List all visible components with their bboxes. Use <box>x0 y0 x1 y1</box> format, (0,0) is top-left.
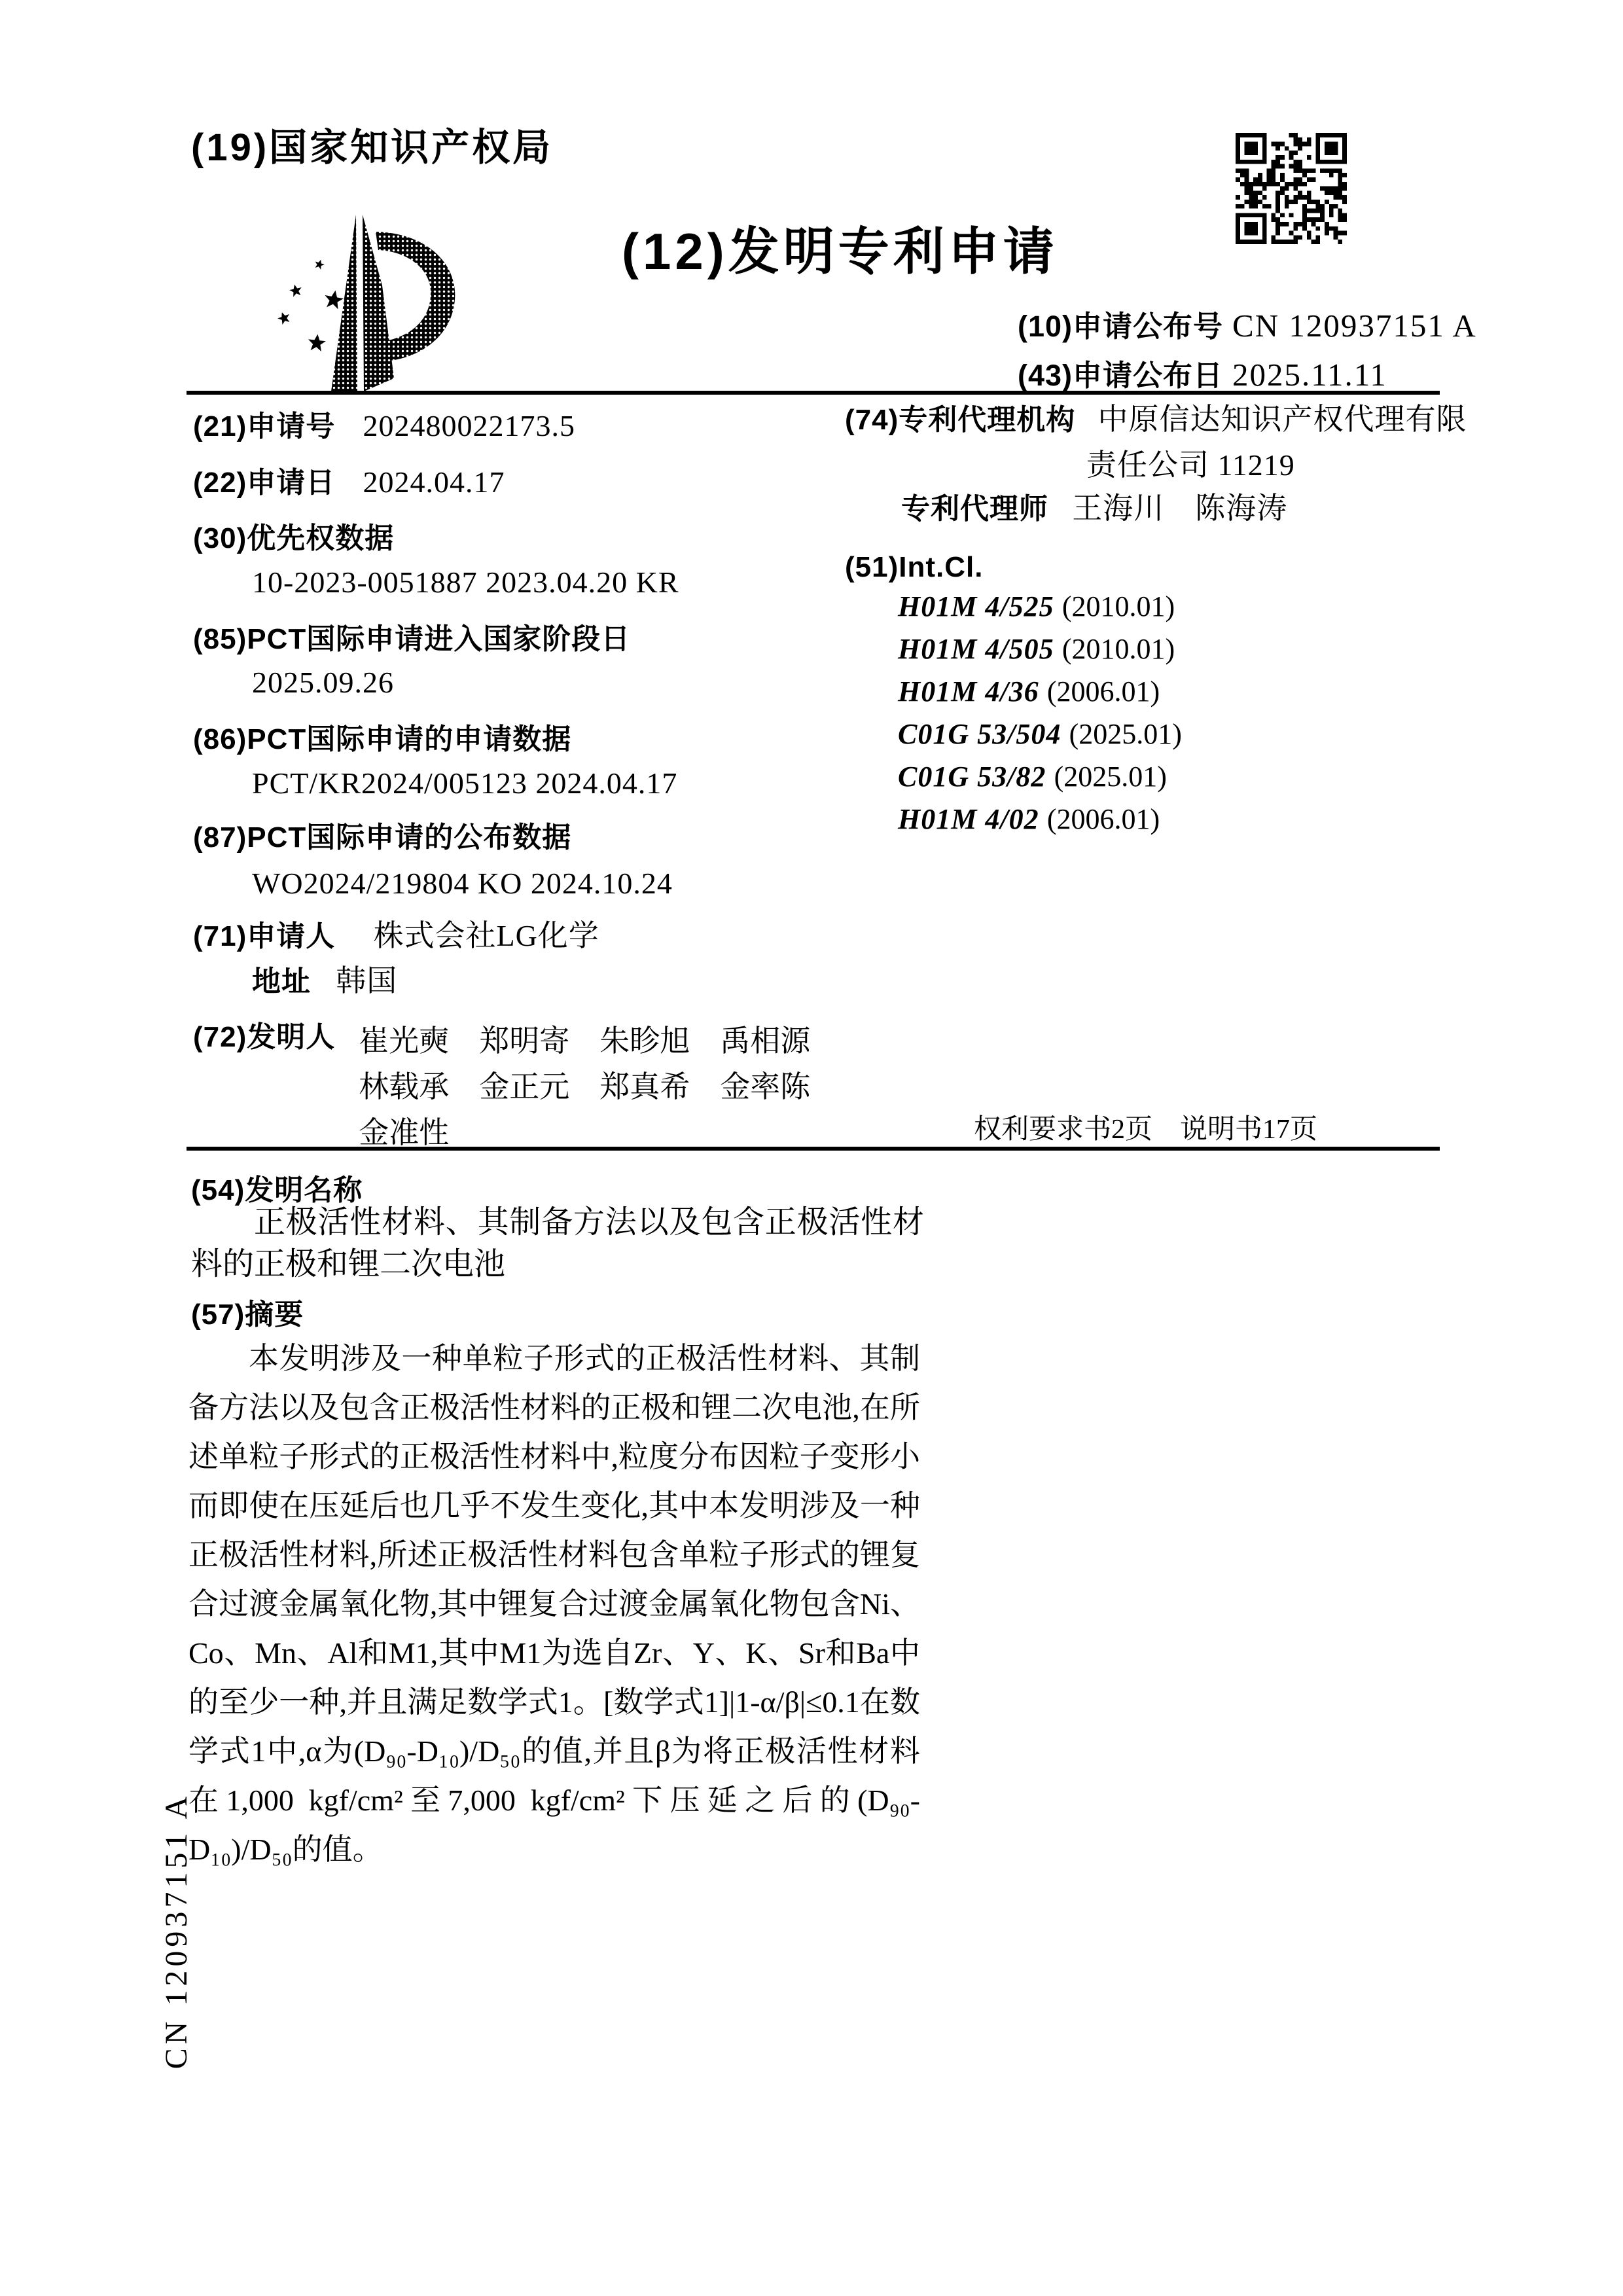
logo-star-1 <box>313 259 326 270</box>
patent-agent-row: 专利代理师 王海川 陈海涛 <box>901 490 1287 528</box>
cnipa-logo-graphic <box>254 207 470 403</box>
intcl-code: H01M 4/505 <box>898 633 1054 665</box>
pct-publication-data-value-row: WO2024/219804 KO 2024.10.24 <box>252 865 673 903</box>
patent-agency-label: (74)专利代理机构 <box>845 404 1075 436</box>
patent-office-name: (19)国家知识产权局 <box>191 117 553 171</box>
document-type-title: (12)发明专利申请 <box>622 211 1058 284</box>
patent-agency-name-line1: 中原信达知识产权代理有限 <box>1097 403 1467 436</box>
intcl-code: H01M 4/02 <box>898 803 1039 835</box>
applicant-value: 株式会社LG化学 <box>373 919 599 952</box>
priority-data-value: 10-2023-0051887 2023.04.20 KR <box>252 565 679 599</box>
publication-number-label: (10)申请公布号 <box>1018 310 1223 343</box>
address-value: 韩国 <box>336 964 397 997</box>
application-date-label: (22)申请日 <box>193 467 335 499</box>
address-row: 地址 韩国 <box>252 962 397 1001</box>
application-number-label: (21)申请号 <box>193 410 335 442</box>
body-divider-rule <box>187 1147 1440 1151</box>
intcl-label-row: (51)Int.Cl. <box>845 548 983 586</box>
application-date-row: (22)申请日 2024.04.17 <box>193 463 505 502</box>
pct-national-entry-date: 2025.09.26 <box>252 666 394 699</box>
inventors-label: (72)发明人 <box>193 1018 335 1056</box>
patent-agency-name-line2: 责任公司 11219 <box>1086 448 1295 482</box>
pct-application-data-value-row: PCT/KR2024/005123 2024.04.17 <box>252 764 677 803</box>
pct-application-data-value: PCT/KR2024/005123 2024.04.17 <box>252 766 677 800</box>
cnipa-logo <box>254 207 470 403</box>
intcl-code: H01M 4/525 <box>898 590 1054 622</box>
patent-agent-label: 专利代理师 <box>901 493 1048 525</box>
abstract-text: 本发明涉及一种单粒子形式的正极活性材料、其制备方法以及包含正极活性材料的正极和锂… <box>188 1334 920 1874</box>
pct-national-entry-date-row: 2025.09.26 <box>252 664 394 702</box>
priority-data-label: (30)优先权数据 <box>193 522 394 554</box>
patent-agency-line2-row: 责任公司 11219 <box>1086 446 1295 485</box>
logo-star-2 <box>289 283 303 298</box>
intcl-code: C01G 53/504 <box>898 718 1061 750</box>
intcl-code: C01G 53/82 <box>898 761 1046 793</box>
application-number-row: (21)申请号 202480022173.5 <box>193 407 575 446</box>
intcl-code: H01M 4/36 <box>898 675 1039 708</box>
pages-info: 权利要求书2页 说明书17页 <box>974 1107 1317 1147</box>
intcl-version: (2010.01) <box>1062 633 1175 665</box>
invention-title: 正极活性材料、其制备方法以及包含正极活性材料的正极和锂二次电池 <box>191 1202 924 1285</box>
inventors-row: (72)发明人 崔光奭 郑明寄 朱眕旭 禹相源 林载承 金正元 郑真希 金率陈 … <box>193 1018 810 1156</box>
patent-agency-row: (74)专利代理机构 中原信达知识产权代理有限 <box>845 401 1467 439</box>
intcl-version: (2025.01) <box>1069 718 1182 750</box>
abstract-label: (57)摘要 <box>191 1291 304 1333</box>
publication-date-label: (43)申请公布日 <box>1018 359 1223 392</box>
intcl-entry: H01M 4/36 (2006.01) <box>898 675 1160 708</box>
logo-star-3 <box>323 289 344 310</box>
intcl-version: (2025.01) <box>1054 761 1167 793</box>
priority-data-value-row: 10-2023-0051887 2023.04.20 KR <box>252 564 679 602</box>
publication-date-value: 2025.11.11 <box>1232 357 1387 393</box>
intcl-entry: C01G 53/82 (2025.01) <box>898 760 1167 793</box>
logo-star-4 <box>276 310 292 325</box>
intcl-version: (2010.01) <box>1062 590 1175 622</box>
pct-national-entry-label: (85)PCT国际申请进入国家阶段日 <box>193 623 630 655</box>
publication-number-value: CN 120937151 A <box>1232 308 1477 344</box>
header-divider-rule <box>187 391 1440 395</box>
application-number-value: 202480022173.5 <box>363 409 575 442</box>
logo-star-5 <box>307 333 327 351</box>
logo-p-bowl <box>376 232 455 361</box>
pct-application-data-label-row: (86)PCT国际申请的申请数据 <box>193 721 571 759</box>
inventors-line-2: 林载承 金正元 郑真希 金率陈 <box>359 1064 810 1110</box>
publication-date-row: (43)申请公布日2025.11.11 <box>1018 351 1387 394</box>
intcl-label: (51)Int.Cl. <box>845 551 983 583</box>
publication-number-row: (10)申请公布号CN 120937151 A <box>1018 302 1477 345</box>
qr-code <box>1236 133 1347 244</box>
applicant-row: (71)申请人 株式会社LG化学 <box>193 917 599 956</box>
pct-publication-data-label-row: (87)PCT国际申请的公布数据 <box>193 819 571 857</box>
intcl-version: (2006.01) <box>1047 803 1160 835</box>
pct-publication-data-value: WO2024/219804 KO 2024.10.24 <box>252 867 673 900</box>
side-publication-code: CN 120937151 A <box>158 1748 198 2114</box>
pct-application-data-label: (86)PCT国际申请的申请数据 <box>193 723 571 755</box>
intcl-version: (2006.01) <box>1047 675 1160 708</box>
address-label: 地址 <box>252 965 311 997</box>
pct-national-entry-label-row: (85)PCT国际申请进入国家阶段日 <box>193 620 630 658</box>
pct-publication-data-label: (87)PCT国际申请的公布数据 <box>193 821 571 853</box>
intcl-entry: H01M 4/525 (2010.01) <box>898 590 1175 623</box>
inventors-line-1: 崔光奭 郑明寄 朱眕旭 禹相源 <box>359 1018 810 1064</box>
priority-data-label-row: (30)优先权数据 <box>193 520 394 558</box>
intcl-entry: H01M 4/02 (2006.01) <box>898 802 1160 836</box>
application-date-value: 2024.04.17 <box>363 465 505 499</box>
patent-agent-names: 王海川 陈海涛 <box>1072 492 1287 525</box>
applicant-label: (71)申请人 <box>193 920 335 952</box>
intcl-entry: C01G 53/504 (2025.01) <box>898 717 1182 751</box>
intcl-entry: H01M 4/505 (2010.01) <box>898 632 1175 666</box>
patent-front-page: (19)国家知识产权局 (12)发明专利申请 (10)申 <box>0 0 1623 2296</box>
